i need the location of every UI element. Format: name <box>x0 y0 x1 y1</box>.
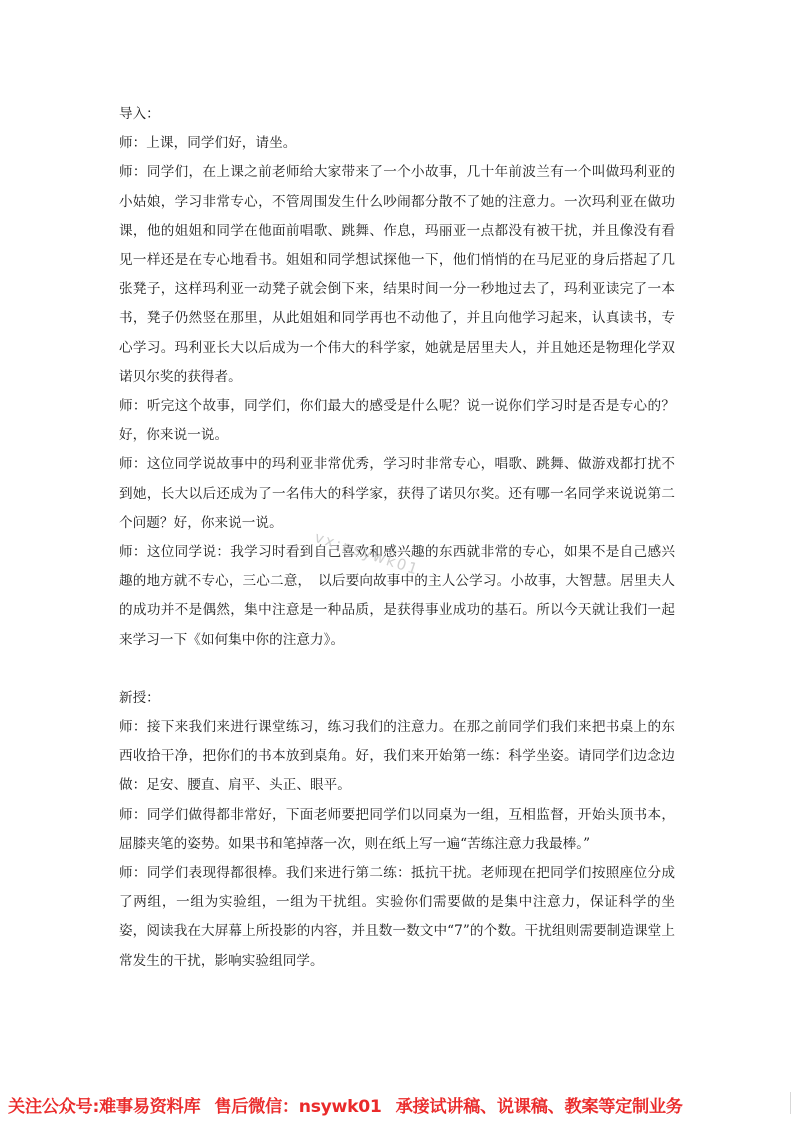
paragraph-student-answer-1: 师：这位同学说故事中的玛利亚非常优秀，学习时非常专心，唱歌、跳舞、做游戏都打扰不… <box>119 450 675 538</box>
paragraph-story: 师：同学们，在上课之前老师给大家带来了一个小故事，几十年前波兰有一个叫做玛利亚的… <box>119 158 675 392</box>
section-heading-new-lesson: 新授： <box>119 684 675 713</box>
paragraph-question: 师：听完这个故事，同学们，你们最大的感受是什么呢？说一说你们学习时是否是专心的？… <box>119 392 675 450</box>
page-edge-divider <box>790 1092 791 1114</box>
footer-wechat-text: 售后微信：nsywk01 <box>214 1097 381 1117</box>
paragraph-exercise-1: 师：接下来我们来进行课堂练习，练习我们的注意力。在那之前同学们我们来把书桌上的东… <box>119 713 675 801</box>
paragraph-student-answer-2: 师：这位同学说：我学习时看到自己喜欢和感兴趣的东西就非常的专心，如果不是自己感兴… <box>119 538 675 655</box>
footer-banner: 关注公众号:难事易资料库售后微信：nsywk01承接试讲稿、说课稿、教案等定制业… <box>0 1092 793 1122</box>
paragraph-exercise-2: 师：同学们表现得都很棒。我们来进行第二练：抵抗干扰。老师现在把同学们按照座位分成… <box>119 859 675 976</box>
paragraph-greeting: 师：上课，同学们好，请坐。 <box>119 129 675 158</box>
paragraph-exercise-posture: 师：同学们做得都非常好，下面老师要把同学们以同桌为一组，互相监督，开始头顶书本，… <box>119 801 675 859</box>
footer-follow-text: 关注公众号:难事易资料库 <box>8 1097 200 1117</box>
footer-service-text: 承接试讲稿、说课稿、教案等定制业务 <box>396 1097 683 1117</box>
section-heading-intro: 导入： <box>119 100 675 129</box>
document-body: 导入： 师：上课，同学们好，请坐。 师：同学们，在上课之前老师给大家带来了一个小… <box>119 100 675 976</box>
section-spacer <box>119 655 675 684</box>
